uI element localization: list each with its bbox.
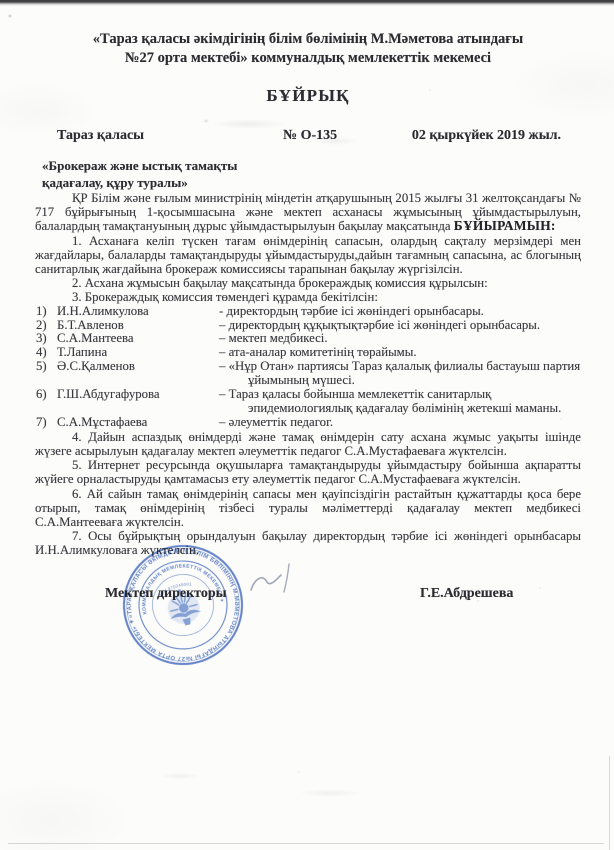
commission-member-role: – директордың құқықтықтәрбие ісі жөнінде…: [219, 319, 581, 333]
meta-city: Тараз қаласы: [57, 128, 144, 144]
signature-name: Г.Е.Абдрешева: [420, 586, 513, 602]
org-name-line2: №27 орта мектебі» коммуналдық мемлекетті…: [35, 49, 581, 68]
subject-line1: «Брокераж және ыстық тамақты: [42, 158, 581, 175]
order-item: 3. Брокераждық комиссия төмендегі құрамд…: [35, 290, 581, 304]
commission-member-name: Г.Ш.Абдугафурова: [57, 388, 219, 416]
commission-member-number: 4): [36, 346, 57, 360]
commission-member-row: 7) С.А.Мұстафаева – әлеуметтік педагог.: [35, 416, 581, 430]
commission-member-number: 5): [36, 360, 57, 388]
scanned-order-page: «Тараз қаласы әкімдігінің білім бөліміні…: [0, 0, 614, 850]
commission-member-row: 4) Т.Лапина – ата-аналар комитетінің төр…: [35, 346, 581, 360]
stamp-emblem: [164, 586, 204, 629]
commission-member-name: Б.Т.Авленов: [57, 319, 219, 333]
commission-member-role: – ата-аналар комитетінің төрайымы.: [219, 346, 581, 360]
commission-member-name: С.А.Мантеева: [57, 332, 219, 346]
order-item: 2. Асхана жұмысын бақылау мақсатында бро…: [35, 276, 581, 290]
commission-member-row: 1) И.Н.Алимкулова - директордың тәрбие і…: [35, 305, 581, 319]
scan-artifact-top-edge: [0, 0, 614, 6]
order-items-4-7: 4. Дайын аспаздық өнімдерді және тамақ ө…: [35, 430, 581, 558]
commission-member-row: 6) Г.Ш.Абдугафурова – Тараз қаласы бойын…: [35, 388, 581, 416]
order-item: 5. Интернет ресурсында оқушыларға тамақт…: [35, 458, 581, 486]
order-word: БҰЙЫРАМЫН:: [454, 218, 556, 233]
subject-block: «Брокераж және ыстық тамақты қадағалау, …: [35, 158, 581, 191]
commission-list: 1) И.Н.Алимкулова - директордың тәрбие і…: [35, 305, 581, 430]
commission-member-name: И.Н.Алимкулова: [57, 305, 219, 319]
meta-date: 02 қыркүйек 2019 жыл.: [412, 128, 561, 144]
document-content: «Тараз қаласы әкімдігінің білім бөліміні…: [35, 30, 581, 604]
meta-row: Тараз қаласы № О-135 02 қыркүйек 2019 жы…: [35, 128, 581, 144]
commission-member-row: 3) С.А.Мантеева – мектеп медбикесі.: [35, 332, 581, 346]
commission-member-role: - директордың тәрбие ісі жөніндегі орынб…: [219, 305, 581, 319]
commission-member-number: 1): [36, 305, 57, 319]
order-items-1-3: 1. Асханаға келіп түскен тағам өнімдерін…: [35, 234, 581, 305]
commission-member-role: – мектеп медбикесі.: [219, 332, 581, 346]
commission-member-name: Ә.С.Қалменов: [57, 360, 219, 388]
commission-member-row: 5) Ә.С.Қалменов – «Нұр Отан» партиясы Та…: [35, 360, 581, 388]
preamble-paragraph: ҚР Білім және ғылым министрінің міндетін…: [35, 191, 581, 234]
order-item: 6. Ай сайын тамақ өнімдерінің сапасы мен…: [35, 487, 581, 530]
commission-member-name: С.А.Мұстафаева: [57, 416, 219, 430]
meta-order-number: № О-135: [283, 128, 337, 144]
commission-member-name: Т.Лапина: [57, 346, 219, 360]
org-name-line1: «Тараз қаласы әкімдігінің білім бөліміні…: [35, 30, 581, 49]
commission-member-number: 3): [36, 332, 57, 346]
commission-member-role: – әлеуметтік педагог.: [219, 416, 581, 430]
order-item: 1. Асханаға келіп түскен тағам өнімдерін…: [35, 234, 581, 277]
scan-artifact-right-line: [609, 756, 610, 850]
order-item: 4. Дайын аспаздық өнімдерді және тамақ ө…: [35, 430, 581, 458]
document-title: БҰЙРЫҚ: [35, 86, 581, 106]
commission-member-role: – «Нұр Отан» партиясы Тараз қалалық фили…: [219, 360, 581, 388]
commission-member-number: 7): [36, 416, 57, 430]
commission-member-number: 6): [36, 388, 57, 416]
signature-scribble: [243, 556, 307, 604]
scan-artifact-bottom-line: [8, 843, 604, 844]
commission-member-number: 2): [36, 319, 57, 333]
commission-member-row: 2) Б.Т.Авленов – директордың құқықтықтәр…: [35, 319, 581, 333]
subject-line2: қадағалау, құру туралы»: [42, 175, 581, 192]
commission-member-role: – Тараз қаласы бойынша мемлекеттік санит…: [219, 388, 581, 416]
